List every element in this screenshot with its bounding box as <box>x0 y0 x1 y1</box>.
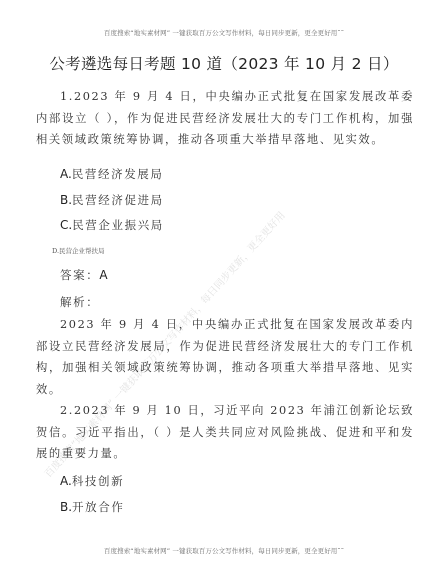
answer-label: 答案： <box>60 268 99 282</box>
question-1-analysis-label: 解析： <box>60 294 99 310</box>
question-1-answer: 答案：A <box>60 267 109 283</box>
option-letter: D. <box>52 247 59 255</box>
page-header: 百度搜索“地实素材网” 一键获取百万公文写作材料，每日同步更新，更全更好用˜˜ <box>0 28 448 37</box>
document-title: 公考遴选每日考题 10 道（2023 年 10 月 2 日） <box>0 52 448 74</box>
question-2-option-a: A.科技创新 <box>60 473 124 489</box>
question-1-option-a: A.民营经济发展局 <box>60 166 164 182</box>
option-letter: B. <box>60 193 72 207</box>
option-letter: C. <box>60 218 72 232</box>
option-letter: A. <box>60 167 72 181</box>
option-text: 科技创新 <box>72 474 124 488</box>
answer-value: A <box>99 268 109 282</box>
option-letter: B. <box>60 500 72 514</box>
option-text: 民营企业振兴局 <box>72 218 164 232</box>
question-1-analysis: 2023 年 9 月 4 日，中央编办正式批复在国家发展改革委内部设立民营经济发… <box>36 314 414 400</box>
question-1-option-c: C.民营企业振兴局 <box>60 217 164 233</box>
question-1-stem: 1.2023 年 9 月 4 日，中央编办正式批复在国家发展改革委内部设立（ ）… <box>36 86 414 151</box>
option-text: 民营企业帮扶局 <box>59 247 105 255</box>
option-letter: A. <box>60 474 72 488</box>
option-text: 开放合作 <box>72 500 124 514</box>
page-footer: 百度搜索“地实素材网” 一键获取百万公文写作材料，每日同步更新，更全更好用˜˜ <box>0 546 448 555</box>
option-text: 民营经济发展局 <box>72 167 164 181</box>
question-1-option-d: D.民营企业帮扶局 <box>52 246 105 255</box>
question-2-stem: 2.2023 年 9 月 10 日，习近平向 2023 年浦江创新论坛致贺信。习… <box>36 400 414 465</box>
question-1-option-b: B.民营经济促进局 <box>60 192 164 208</box>
option-text: 民营经济促进局 <box>72 193 164 207</box>
question-2-option-b: B.开放合作 <box>60 499 124 515</box>
